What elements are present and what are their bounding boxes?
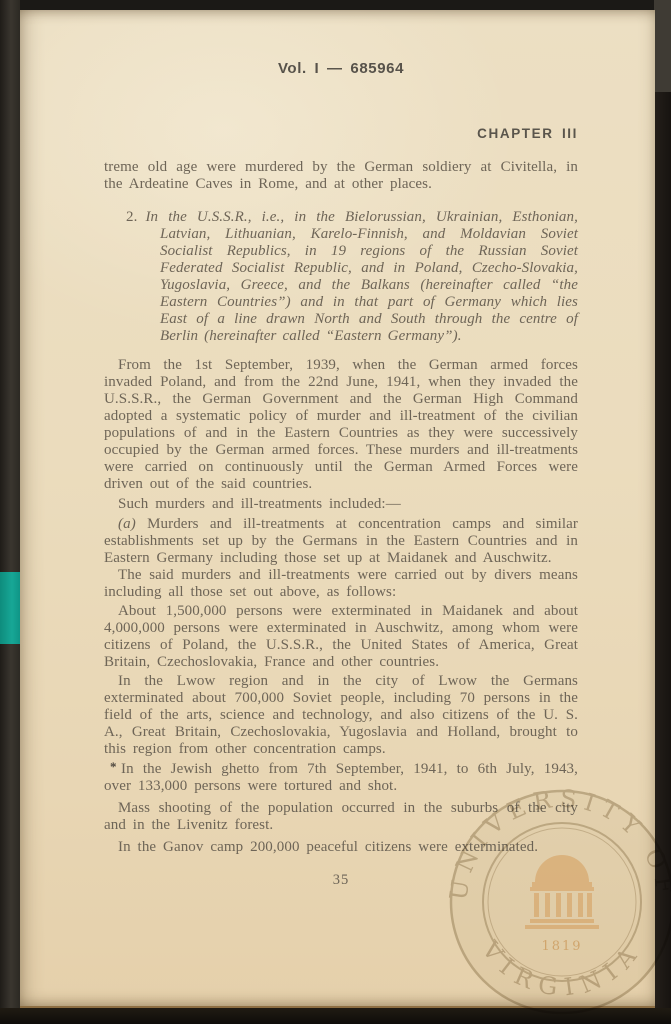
page-body: treme old age were murdered by the Germa… [104,159,578,856]
pencil-mark: * [107,758,121,775]
paragraph: treme old age were murdered by the Germa… [104,159,578,193]
paragraph: In the Ganov camp 200,000 peaceful citiz… [104,839,578,856]
paragraph: *In the Jewish ghetto from 7th September… [104,758,578,795]
running-head: Vol. I — 685964 [104,60,578,77]
paragraph: 2.In the U.S.S.R., i.e., in the Bielorus… [160,209,578,345]
scanned-page-view: Vol. I — 685964 CHAPTER III treme old ag… [0,0,671,1024]
scan-background-left [0,0,20,1024]
paragraph: Such murders and ill-treatments included… [104,496,578,513]
scan-background-bottom [0,1008,671,1024]
page-content: Vol. I — 685964 CHAPTER III treme old ag… [20,10,655,889]
scan-background-top [0,0,671,10]
paragraph-letter: (a) [118,516,147,532]
paragraph: The said murders and ill-treatments were… [104,567,578,601]
page-number: 35 [104,872,578,889]
paragraph: In the Lwow region and in the city of Lw… [104,673,578,758]
scan-background-right [654,0,671,1024]
paragraph: Mass shooting of the population occurred… [104,800,578,834]
paragraph: From the 1st September, 1939, when the G… [104,357,578,493]
paragraph: (a) Murders and ill-treatments at concen… [104,516,578,567]
document-page: Vol. I — 685964 CHAPTER III treme old ag… [20,10,655,1008]
teal-bookmark-tab [0,572,20,644]
paragraph-number: 2. [126,209,145,225]
paragraph: About 1,500,000 persons were exterminate… [104,603,578,671]
scan-background-right-top [654,0,671,92]
chapter-heading: CHAPTER III [104,125,578,142]
